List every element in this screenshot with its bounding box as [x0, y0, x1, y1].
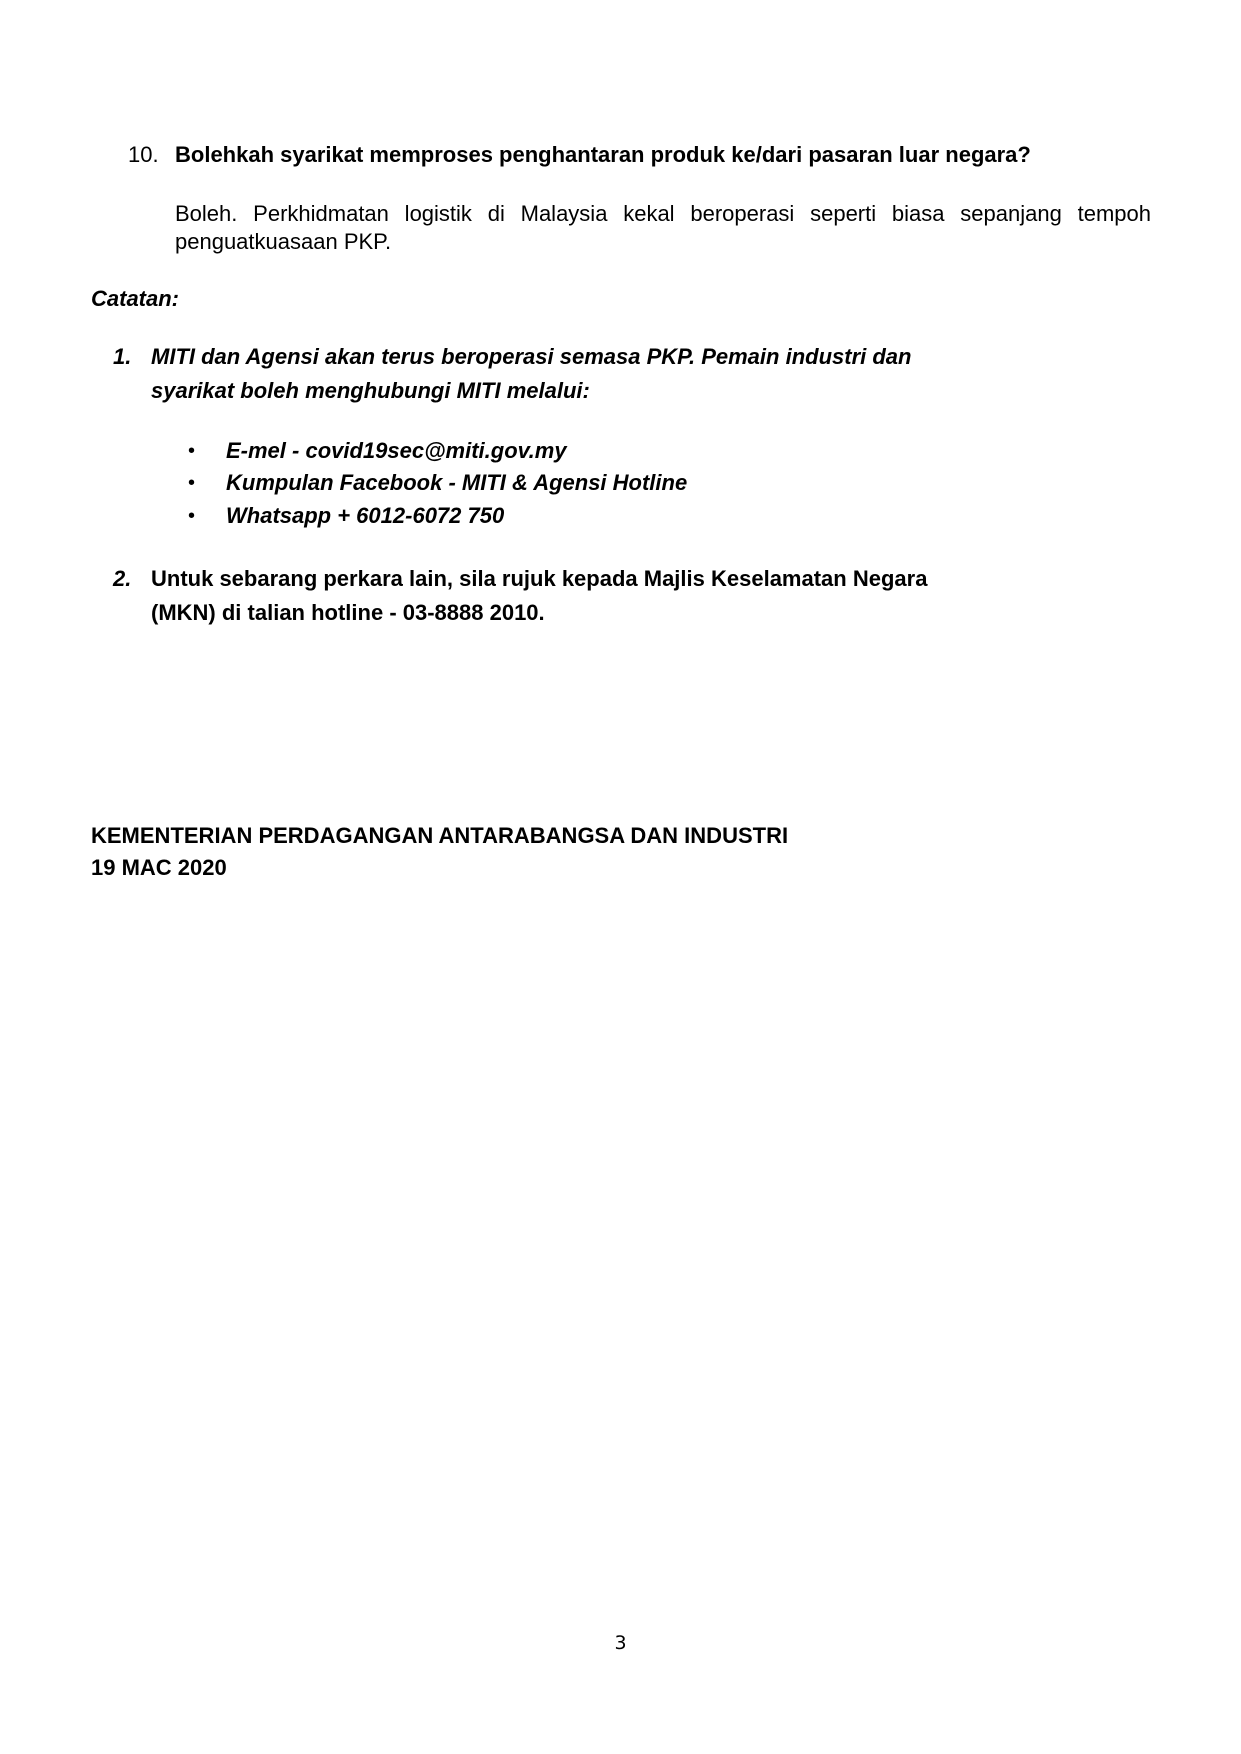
page-number: 3 [0, 1632, 1241, 1654]
bullet-icon: • [188, 440, 195, 463]
note-2-line-2: (MKN) di talian hotline - 03-8888 2010. [151, 600, 545, 626]
contact-facebook: Kumpulan Facebook - MITI & Agensi Hotlin… [226, 470, 687, 496]
note-2-number: 2. [113, 566, 131, 592]
ministry-name: KEMENTERIAN PERDAGANGAN ANTARABANGSA DAN… [91, 823, 788, 849]
question-text: Bolehkah syarikat memproses penghantaran… [175, 142, 1031, 168]
contact-whatsapp: Whatsapp + 6012-6072 750 [226, 503, 504, 529]
bullet-icon: • [188, 472, 195, 495]
notes-title: Catatan: [91, 286, 179, 312]
document-date: 19 MAC 2020 [91, 855, 227, 881]
question-number: 10. [128, 142, 159, 168]
note-1-line-1: MITI dan Agensi akan terus beroperasi se… [151, 344, 911, 370]
note-1-number: 1. [113, 344, 131, 370]
contact-email: E-mel - covid19sec@miti.gov.my [226, 438, 567, 464]
note-2-line-1: Untuk sebarang perkara lain, sila rujuk … [151, 566, 927, 592]
note-1-line-2: syarikat boleh menghubungi MITI melalui: [151, 378, 590, 404]
bullet-icon: • [188, 505, 195, 528]
answer-text: Boleh. Perkhidmatan logistik di Malaysia… [175, 200, 1151, 256]
